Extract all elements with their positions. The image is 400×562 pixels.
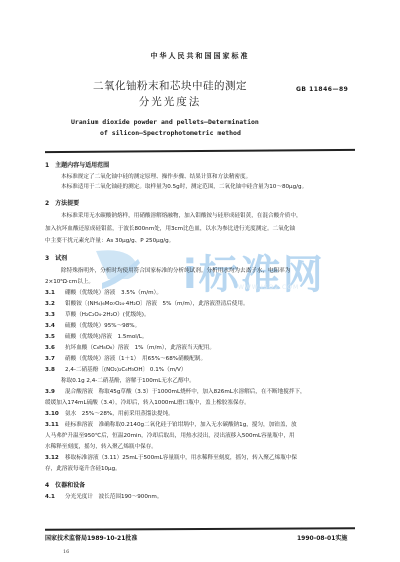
item-text: 硼酸（优级纯）溶液 3.5%（m/m）。 [65,290,162,296]
approval-date: 国家技术监督局1989-10-21批准 [45,533,137,542]
section-3-intro-line-2: 2×10⁶Ω·cm以上。 [45,279,94,286]
reagent-item-3-8: 3.82,4-二硝基酚〔(NO₂)₂C₆H₃OH〕 0.1%（m/V） [45,367,186,374]
reagent-item-3-8-detail: 称取0.1g 2,4-二硝基酚，溶解于100mL无水乙醇中。 [61,378,195,385]
item-text: 硫酸（优级纯）95%～98%。 [65,323,140,329]
item-number: 3.1 [45,290,65,297]
reagent-item-3-4: 3.4硫酸（优级纯）95%～98%。 [45,323,140,330]
reagent-item-3-12: 3.12移取标准溶液（3.11）25mL于500mL容量瓶中，用水稀释至刻度，摇… [45,455,297,462]
reagent-item-3-9-line-2: 缓缓加入174mL硫酸（3.4），冷却后，转入1000mL磨口瓶中，盖上橡胶塞保… [45,400,250,407]
item-number: 3.7 [45,356,65,363]
reagent-item-3-6: 3.6抗坏血酸（C₆H₈O₆）溶液 1%（m/m），此溶液当天配用。 [45,345,215,352]
section-1-paragraph-2: 本标准适用于二氧化铀硅的测定。取样量为0.5g时，测定范围，二氧化铀中硅含量为1… [61,184,307,191]
reagent-item-3-5: 3.5硫酸（优级纯)溶液 1.5mol/L。 [45,334,147,341]
reagent-item-3-11: 3.11硅标准溶液 准确称取0.2140g二氧化硅于铂坩埚中，加入无水碳酸钠1g… [45,422,297,429]
item-text: 2,4-二硝基酚〔(NO₂)₂C₆H₃OH〕 0.1%（m/V） [65,367,186,373]
item-number: 4.1 [45,494,65,501]
item-number: 3.10 [45,411,65,418]
footer-divider [45,527,355,530]
reagent-item-3-7: 3.7硝酸（优级纯）溶液（1＋1） 用65%～68%硝酸配制。 [45,356,206,363]
item-text: 抗坏血酸（C₆H₈O₆）溶液 1%（m/m），此溶液当天配用。 [65,345,215,351]
title-chinese-line2: 分光光度法 [80,94,260,109]
item-text: 移取标准溶液（3.11）25mL于500mL容量瓶中，用水稀释至刻度，摇匀，转入… [65,455,297,461]
instrument-item-4-1: 4.1分光光度计 波长范围190～900nm。 [45,494,162,501]
title-english-line2: of silicon—Spectrophotometric method [100,129,241,137]
section-1-paragraph-1: 本标准规定了二氧化铀中硅的测定原理、操作步骤、结果计算和方法精密度。 [61,174,251,181]
item-number: 3.3 [45,312,65,319]
section-2-line-2: 加入抗坏血酸还原成硅钼蓝，于波长800nm处，用3cm比色皿，以水为参比进行光度… [45,226,295,233]
item-text: 钼酸铵〔(NH₄)₆Mo₇O₂₄·4H₂O〕溶液 5%（m/m），此溶液澄清后使… [65,301,249,307]
item-number: 3.8 [45,367,65,374]
reagent-item-3-9: 3.9混合酸溶液 称取45g草酸（3.3）于1000mL烧杯中，加入826mL水… [45,389,306,396]
item-number: 3.11 [45,422,65,429]
item-number: 3.5 [45,334,65,341]
standard-code: GB 11846—89 [296,86,348,93]
item-number: 3.9 [45,389,65,396]
watermark-url: WWW.ISO2.COM [238,284,299,291]
implementation-date: 1990-08-01实施 [297,533,347,542]
item-text: 氨水 25%～28%，用前采用蒸馏法提纯。 [65,411,174,417]
section-2-heading: 2 方法提要 [45,198,79,207]
item-number: 3.2 [45,301,65,308]
reagent-item-3-12-line-2: 存，此溶液每毫升含硅10μg。 [45,466,121,473]
section-4-heading: 4 仪器和设备 [45,480,85,489]
section-1-heading: 1 主题内容与适用范围 [45,160,109,169]
title-english-line1: Uranium dioxide powder and pellets—Deter… [71,118,259,126]
section-2-line-1: 本标准采用无水碳酸钠熔样，用硝酸溶解熔融物，加入钼酸铵与硅形成硅钼黄，在混合酸介… [61,213,302,220]
header-divider [45,149,355,153]
section-3-intro-line-1: 除特殊指明外，分析时均使用符合国家标准的分析纯试剂。分析用水均为去离子水，电阻率… [61,268,290,275]
reagent-item-3-11-line-2: 人马弗炉升温至950℃后，恒温20min，冷却后取出，用热水浸出，浸出液移入50… [45,433,295,440]
item-text: 硝酸（优级纯）溶液（1＋1） 用65%～68%硝酸配制。 [65,356,206,362]
item-number: 3.6 [45,345,65,352]
section-3-heading: 3 试剂 [45,253,67,262]
section-2-line-3: 中主要干扰元素允许量：As 30μg/g、P 250μg/g。 [45,238,174,245]
item-number: 3.4 [45,323,65,330]
reagent-item-3-3: 3.3草酸（H₂C₂O₄·2H₂O）(优级纯)。 [45,312,150,319]
item-text: 草酸（H₂C₂O₄·2H₂O）(优级纯)。 [65,312,150,318]
reagent-item-3-1: 3.1硼酸（优级纯）溶液 3.5%（m/m）。 [45,290,162,297]
reagent-item-3-10: 3.10氨水 25%～28%，用前采用蒸馏法提纯。 [45,411,174,418]
standard-category: 中华人民共和国国家标准 [0,51,400,61]
reagent-item-3-11-line-3: 水稀释至刻度，摇匀，转入聚乙烯瓶中保存。 [45,444,157,451]
page-number: 16 [63,549,69,555]
item-text: 分光光度计 波长范围190～900nm。 [65,494,162,500]
item-text: 硫酸（优级纯)溶液 1.5mol/L。 [65,334,147,340]
item-number: 3.12 [45,455,65,462]
item-text: 混合酸溶液 称取45g草酸（3.3）于1000mL烧杯中，加入826mL水溶解后… [65,389,306,395]
title-chinese-line1: 二氧化铀粉末和芯块中硅的测定 [80,78,260,93]
reagent-item-3-2: 3.2钼酸铵〔(NH₄)₆Mo₇O₂₄·4H₂O〕溶液 5%（m/m），此溶液澄… [45,301,249,308]
item-text: 硅标准溶液 准确称取0.2140g二氧化硅于铂坩埚中，加入无水碳酸钠1g，搅匀，… [65,422,297,428]
